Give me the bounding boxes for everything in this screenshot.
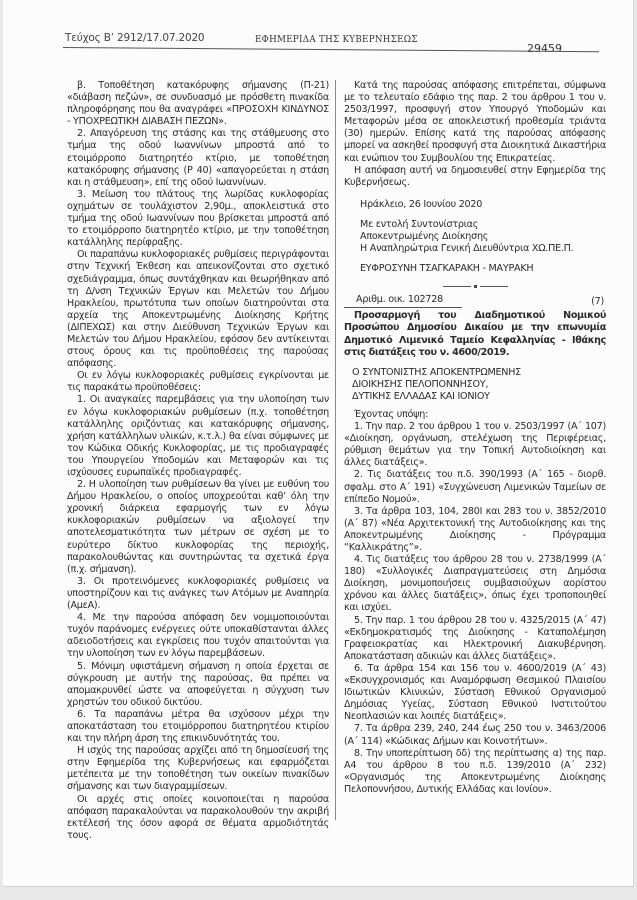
paragraph: Οι παραπάνω κυκλοφοριακές ρυθμίσεις περι… xyxy=(67,249,329,370)
column-divider xyxy=(335,80,336,820)
paragraph: Κατά της παρούσας απόφασης επιτρέπεται, … xyxy=(344,80,606,165)
authority-line: Ο ΣΥΝΤΟΝΙΣΤΗΣ ΑΠΟΚΕΝΤΡΩΜΕΝΗΣ xyxy=(352,367,606,379)
place-date: Ηράκλειο, 26 Ιουνίου 2020 xyxy=(344,199,606,211)
legal-basis-item: 3. Τα άρθρα 103, 104, 280Ι και 283 του ν… xyxy=(344,506,606,554)
paragraph: Οι αρχές στις οποίες κοινοποιείται η παρ… xyxy=(67,794,329,842)
section-divider xyxy=(344,285,606,288)
protocol-number: Αριθμ. οικ. 102728 xyxy=(356,294,443,306)
signature-line: Αποκεντρωμένης Διοίκησης xyxy=(344,231,606,243)
authority-line: ΔΙΟΙΚΗΣΗΣ ΠΕΛΟΠΟΝΝΗΣΟΥ, xyxy=(352,379,606,391)
page-number: 29459 xyxy=(527,42,562,55)
paragraph: Η ισχύς της παρούσας αρχίζει από τη δημο… xyxy=(67,745,329,793)
decision-sequence: (7) xyxy=(591,296,604,308)
paragraph: Η απόφαση αυτή να δημοσιευθεί στην Εφημε… xyxy=(344,165,606,189)
legal-basis-item: 6. Τα άρθρα 154 και 156 του ν. 4600/2019… xyxy=(344,663,606,723)
gazette-page: Τεύχος Β’ 2912/17.07.2020 ΕΦΗΜΕΡΙΔΑ ΤΗΣ … xyxy=(3,0,634,887)
legal-basis-item: 8. Την υποπερίπτωση δδ) της περίπτωσης α… xyxy=(344,748,606,796)
paragraph: 6. Τα παραπάνω μέτρα θα ισχύσουν μέχρι τ… xyxy=(67,709,329,745)
signature-line: Με εντολή Συντονίστριας xyxy=(344,219,606,231)
protocol-line: Αριθμ. οικ. 102728 (7) xyxy=(344,294,606,310)
signature-line: Η Αναπληρώτρια Γενική Διευθύντρια ΧΩ.ΠΕ.… xyxy=(344,243,606,255)
left-column: β. Τοποθέτηση κατακόρυφης σήμανσης (Π-21… xyxy=(67,80,329,842)
issue-reference: Τεύχος Β’ 2912/17.07.2020 xyxy=(65,32,204,44)
divider-square-icon xyxy=(474,285,477,288)
legal-basis-item: 7. Τα άρθρα 239, 240, 244 έως 250 του ν.… xyxy=(344,723,606,747)
gazette-title: ΕΦΗΜΕΡΙΔΑ ΤΗΣ ΚΥΒΕΡΝΗΣΕΩΣ xyxy=(255,34,418,45)
decision-title: Προσαρμογή του Διαδημοτικού Νομικού Προσ… xyxy=(344,310,606,358)
paragraph: Οι εν λόγω κυκλοφοριακές ρυθμίσεις εγκρί… xyxy=(67,370,329,394)
paragraph: 2. Η υλοποίηση των ρυθμίσεων θα γίνει με… xyxy=(67,479,329,576)
paragraph: 1. Οι αναγκαίες παρεμβάσεις για την υλοπ… xyxy=(67,394,329,479)
right-column: Κατά της παρούσας απόφασης επιτρέπεται, … xyxy=(344,80,606,796)
authority-line: ΔΥΤΙΚΗΣ ΕΛΛΑΔΑΣ ΚΑΙ ΙΟΝΙΟΥ xyxy=(352,391,606,403)
paragraph: 3. Οι προτεινόμενες κυκλοφοριακές ρυθμίσ… xyxy=(67,576,329,612)
paragraph: 4. Με την παρούσα απόφαση δεν νομιμοποιο… xyxy=(67,612,329,660)
paragraph: 2. Απαγόρευση της στάσης και της στάθμευ… xyxy=(67,128,329,188)
signatory-name: ΕΥΦΡΟΣΥΝΗ ΤΣΑΓΚΑΡΑΚΗ - ΜΑΥΡΑΚΗ xyxy=(344,263,606,275)
legal-basis-item: 1. Την παρ. 2 του άρθρου 1 του ν. 2503/1… xyxy=(344,421,606,469)
considering-heading: Έχοντας υπόψη: xyxy=(344,409,606,421)
legal-basis-item: 4. Τις διατάξεις του άρθρου 28 του ν. 27… xyxy=(344,554,606,614)
legal-basis-item: 5. Την παρ. 1 του άρθρου 28 του ν. 4325/… xyxy=(344,615,606,663)
paragraph: 3. Μείωση του πλάτους της λωρίδας κυκλοφ… xyxy=(67,189,329,249)
signature-block: Ηράκλειο, 26 Ιουνίου 2020 Με εντολή Συντ… xyxy=(344,199,606,275)
paragraph: β. Τοποθέτηση κατακόρυφης σήμανσης (Π-21… xyxy=(67,80,329,128)
paragraph: 5. Μόνιμη υφιστάμενη σήμανση η οποία έρχ… xyxy=(67,661,329,709)
legal-basis-item: 2. Τις διατάξεις του π.δ. 390/1993 (Α΄ 1… xyxy=(344,469,606,505)
issuing-authority: Ο ΣΥΝΤΟΝΙΣΤΗΣ ΑΠΟΚΕΝΤΡΩΜΕΝΗΣ ΔΙΟΙΚΗΣΗΣ Π… xyxy=(344,367,606,403)
